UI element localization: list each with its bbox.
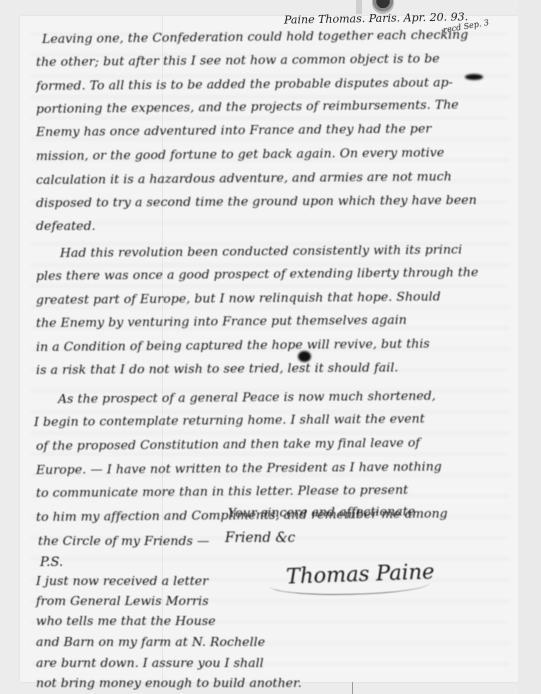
postscript-line: from General Lewis Morris (36, 593, 209, 608)
body-line: is a risk that I do not wish to see trie… (36, 359, 399, 377)
body-line: disposed to try a second time the ground… (36, 192, 477, 210)
ink-blot (465, 74, 483, 80)
closing-line: Friend &c (225, 530, 295, 546)
postscript-line: who tells me that the House (36, 613, 216, 628)
body-line: the Circle of my Friends — (38, 533, 209, 548)
postscript-line: are burnt down. I assure you I shall (36, 655, 264, 670)
postscript-line: not bring money enough to build another. (36, 675, 302, 690)
body-line: defeated. (36, 218, 96, 233)
closing-line: Your sincere and affectionate (228, 503, 415, 520)
postscript-line: I just now received a letter (36, 573, 208, 588)
postscript-line: and Barn on my farm at N. Rochelle (36, 634, 265, 649)
binding-mark (352, 682, 353, 694)
adjacent-page-edge (518, 0, 541, 694)
ink-blot (298, 351, 311, 362)
postscript-label: P.S. (40, 555, 63, 570)
